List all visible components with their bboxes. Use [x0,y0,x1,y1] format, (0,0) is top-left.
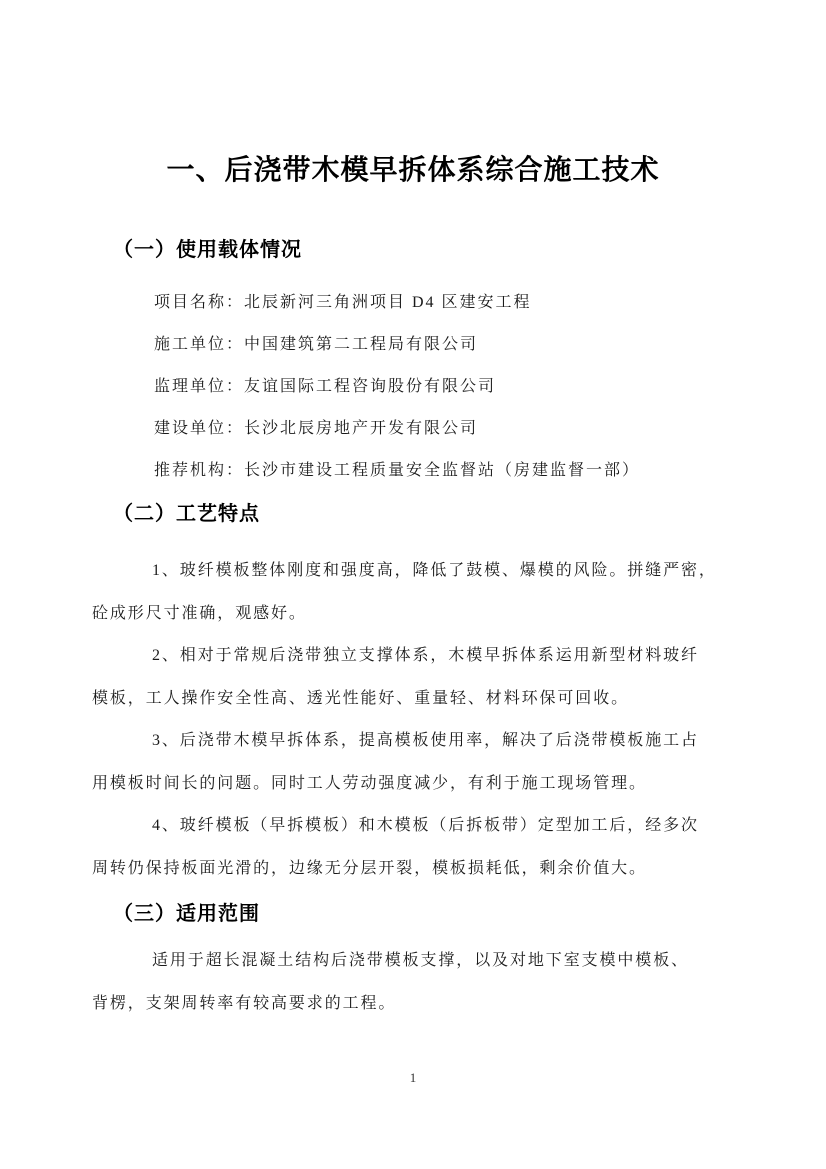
paragraph-scope: 适用于超长混凝土结构后浇带模板支撑，以及对地下室支模中模板、 背楞，支架周转率有… [92,940,732,1025]
paragraph-line: 砼成形尺寸准确，观感好。 [92,593,732,636]
info-line-developer-unit: 建设单位：长沙北辰房地产开发有限公司 [154,408,734,450]
process-features-paragraphs: 1、玻纤模板整体刚度和强度高，降低了鼓模、爆模的风险。拼缝严密， 砼成形尺寸准确… [92,550,732,890]
paragraph-feature-1: 1、玻纤模板整体刚度和强度高，降低了鼓模、爆模的风险。拼缝严密， 砼成形尺寸准确… [92,550,732,635]
section-heading-application-scope: （三）适用范围 [113,901,260,927]
info-line-supervision-unit: 监理单位：友谊国际工程咨询股份有限公司 [154,366,734,408]
paragraph-line: 1、玻纤模板整体刚度和强度高，降低了鼓模、爆模的风险。拼缝严密， [92,550,732,593]
page-number: 1 [0,1070,826,1086]
paragraph-feature-3: 3、后浇带木模早拆体系，提高模板使用率，解决了后浇带模板施工占 用模板时间长的问… [92,720,732,805]
info-line-construction-unit: 施工单位：中国建筑第二工程局有限公司 [154,324,734,366]
section-heading-carrier-usage: （一）使用载体情况 [113,237,302,263]
paragraph-line: 周转仍保持板面光滑的，边缘无分层开裂，模板损耗低，剩余价值大。 [92,848,732,891]
paragraph-line: 模板，工人操作安全性高、透光性能好、重量轻、材料环保可回收。 [92,678,732,721]
paragraph-line: 适用于超长混凝土结构后浇带模板支撑，以及对地下室支模中模板、 [92,940,732,983]
paragraph-line: 2、相对于常规后浇带独立支撑体系，木模早拆体系运用新型材料玻纤 [92,635,732,678]
paragraph-feature-4: 4、玻纤模板（早拆模板）和木模板（后拆板带）定型加工后，经多次 周转仍保持板面光… [92,805,732,890]
paragraph-line: 3、后浇带木模早拆体系，提高模板使用率，解决了后浇带模板施工占 [92,720,732,763]
section-heading-process-features: （二）工艺特点 [113,501,260,527]
info-line-recommending-agency: 推荐机构：长沙市建设工程质量安全监督站（房建监督一部） [154,450,734,492]
paragraph-line: 4、玻纤模板（早拆模板）和木模板（后拆板带）定型加工后，经多次 [92,805,732,848]
paragraph-line: 背楞，支架周转率有较高要求的工程。 [92,983,732,1026]
info-line-project-name: 项目名称：北辰新河三角洲项目 D4 区建安工程 [154,282,734,324]
document-page: 一、后浇带木模早拆体系综合施工技术 （一）使用载体情况 项目名称：北辰新河三角洲… [0,0,826,1169]
project-info-block: 项目名称：北辰新河三角洲项目 D4 区建安工程 施工单位：中国建筑第二工程局有限… [154,282,734,492]
application-scope-paragraphs: 适用于超长混凝土结构后浇带模板支撑，以及对地下室支模中模板、 背楞，支架周转率有… [92,940,732,1025]
document-title: 一、后浇带木模早拆体系综合施工技术 [0,148,826,188]
paragraph-line: 用模板时间长的问题。同时工人劳动强度减少，有利于施工现场管理。 [92,763,732,806]
paragraph-feature-2: 2、相对于常规后浇带独立支撑体系，木模早拆体系运用新型材料玻纤 模板，工人操作安… [92,635,732,720]
